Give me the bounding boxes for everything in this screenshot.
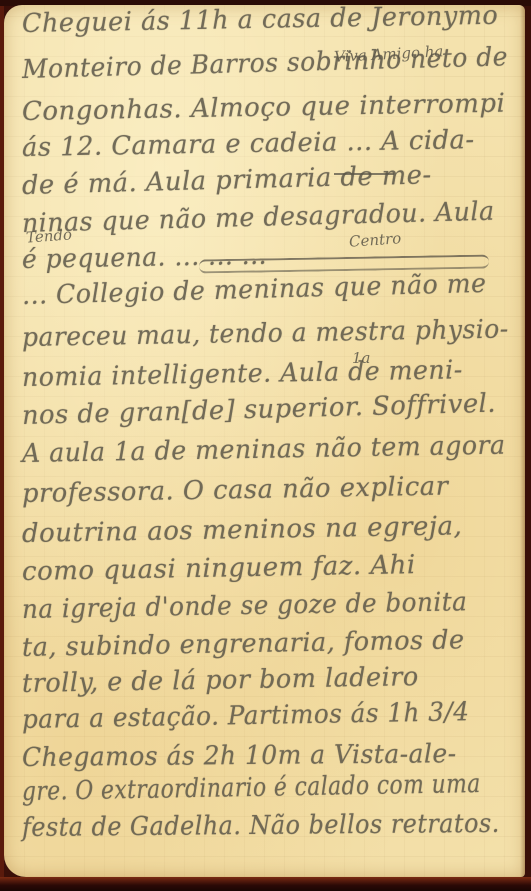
manuscript-line-12: A aula 1a de meninas não tem agora: [22, 431, 506, 469]
manuscript-line-19: para a estação. Partimos ás 1h 3/4: [22, 697, 470, 735]
manuscript-line-11: nos de gran[de] superior. Soffrivel.: [22, 389, 497, 431]
manuscript-line-9: pareceu mau, tendo a mestra physio-: [22, 315, 509, 353]
manuscript-line-14: doutrina aos meninos na egreja,: [22, 511, 463, 549]
manuscript-line-17: ta, subindo engrenaria, fomos de: [22, 625, 465, 663]
manuscript-line-4: ás 12. Camara e cadeia ... A cida-: [22, 125, 475, 163]
manuscript-line-15: como quasi ninguem faz. Ahi: [22, 550, 416, 587]
manuscript-line-5: de é má. Aula primaria de me-: [22, 160, 432, 201]
notebook-scan: Cheguei ás 11h a casa de Jeronymo Viva A…: [0, 0, 531, 891]
interlinear-note: Centro: [348, 229, 401, 251]
manuscript-line-13: professora. O casa não explicar: [22, 472, 449, 509]
manuscript-line-3: Congonhas. Almoço que interrompi: [22, 89, 506, 127]
manuscript-line-6: ninas que não me desagradou. Aula: [22, 197, 495, 239]
manuscript-line-21: gre. O extraordinario é calado com uma: [22, 769, 481, 807]
manuscript-line-16: na igreja d'onde se goze de bonita: [22, 587, 468, 625]
notebook-cover-edge: [0, 877, 531, 891]
manuscript-line-18: trolly, e de lá por bom ladeiro: [22, 662, 419, 699]
manuscript-line-2: Monteiro de Barros sobrinho neto de: [22, 42, 509, 85]
notebook-page: Cheguei ás 11h a casa de Jeronymo Viva A…: [4, 5, 525, 877]
manuscript-line-1: Cheguei ás 11h a casa de Jeronymo: [22, 5, 499, 39]
manuscript-line-10: nomia intelligente. Aula de meni-: [22, 355, 463, 393]
manuscript-line-20: Chegamos ás 2h 10m a Vista-ale-: [22, 739, 457, 773]
manuscript-line-8: ... Collegio de meninas que não me: [22, 269, 487, 311]
manuscript-line-22: festa de Gadelha. Não bellos retratos.: [22, 809, 500, 843]
